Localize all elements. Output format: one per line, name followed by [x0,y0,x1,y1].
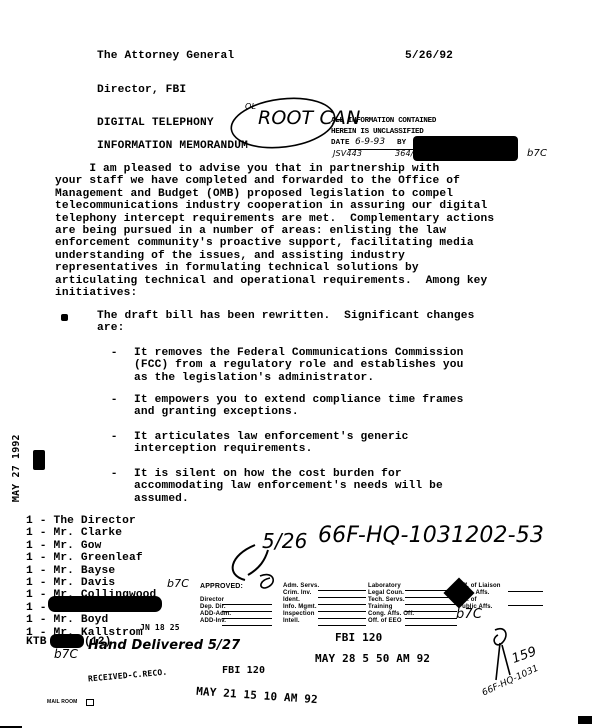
routing-label: Crim. Inv. [283,590,311,597]
side-date-stamp: MAY 27 1992 [11,433,23,503]
fbi-stamp-upper: FBI 120 [335,632,382,644]
fbi-stamp-lower: FBI 120 [222,665,265,677]
routing-label: Tech. Servs. [368,597,405,604]
sub-item-line: and granting exceptions. [134,406,463,418]
declass-date: 6-9-93 [355,137,385,147]
sub-item-line: It articulates law enforcement's generic [134,431,409,443]
bullet-icon [61,314,68,321]
dash-icon: - [97,431,118,443]
distribution-item: 1 - The Director [26,515,156,527]
routing-label: Laboratory [368,583,401,590]
routing-label: Ident. [283,597,300,604]
routing-label: Dep. Dir. [200,604,226,611]
subject-line-1: DIGITAL TELEPHONY [97,117,214,129]
intro-line: telephony intercept requirements are met… [55,213,494,225]
routing-label: Off. of [458,597,477,604]
declass-by-label: BY [397,139,406,148]
routing-label: Legal Coun. [368,590,404,597]
redaction-block [48,596,162,612]
b7c-routing-note: b7C [456,609,482,621]
b7c-note: b7C [167,578,189,590]
sub-item-line: as the legislation's administrator. [134,372,463,384]
sub-item-line: accommodating law enforcement's needs wi… [134,480,443,492]
exemption-b7c: b7C [527,148,547,159]
dash-icon: - [97,347,118,359]
declass-date-label: DATE [331,139,350,148]
sub-item-line: It is silent on how the cost burden for [134,468,443,480]
distribution-item: 1 - Mr. Clarke [26,527,156,539]
redaction-block [413,136,518,161]
intro-line: I am pleased to advise you that in partn… [55,163,494,175]
intro-line: telecommunications industry cooperation … [55,200,494,212]
dash-icon: - [97,468,118,480]
stamp-blot [33,450,45,470]
intro-line: Management and Budget (OMB) proposed leg… [55,188,494,200]
date-stamp-lower: MAY 21 15 10 AM 92 [196,686,318,707]
redaction-block [50,634,84,648]
routing-label: Off. of EEO [368,618,402,625]
b7c-bottom-note: b7C [54,648,78,660]
intro-line: understanding of the issues, and assisti… [55,250,494,262]
distribution-item: 1 - Mr. Greenleaf [26,552,156,564]
bullet-line: The draft bill has been rewritten. Signi… [97,310,475,322]
routing-label: ADD-Inv. [200,618,226,625]
sub-item-line: (FCC) from a regulatory role and establi… [134,359,463,371]
intro-line: your staff we have completed and forward… [55,175,494,187]
sub-item-line: It removes the Federal Communications Co… [134,347,463,359]
routing-label: Cong. Affs. Off. [368,611,414,618]
bullet-item: The draft bill has been rewritten. Signi… [97,310,475,335]
intro-line: enforcement community's proactive suppor… [55,237,494,249]
handwritten-small-note: OL [245,102,256,111]
routing-label: Director [200,597,224,604]
routing-label: Training [368,604,393,611]
sub-item-line: It empowers you to extend compliance tim… [134,394,463,406]
addressee: The Attorney General [97,50,234,62]
routing-label: ADD-Adm. [200,611,231,618]
hand-delivered-note: Hand Delivered 5/27 [88,640,240,652]
routing-label: Inspection [283,611,315,618]
received-stamp: RECEIVED-C.RECO. [88,667,168,686]
routing-label: Intell. [283,618,300,625]
distribution-item: 1 - Mr. Bayse [26,565,156,577]
distribution-item: 1 - Mr. Boyd [26,614,156,626]
sub-item-line: interception requirements. [134,443,409,455]
distribution-item: 1 - Mr. Davis [26,577,156,589]
sub-item-line: assumed. [134,493,443,505]
approved-label: APPROVED: [200,583,243,590]
memo-page: The Attorney General 5/26/92 Director, F… [0,0,592,728]
dash-icon: - [97,394,118,406]
sender: Director, FBI [97,84,186,96]
declass-code-left: JSV443 [333,149,362,158]
intro-paragraph: I am pleased to advise you that in partn… [55,163,494,299]
initials-ktb: KTB [26,636,47,648]
small-stamp: JN 18 25 [140,622,180,634]
mail-room-label: MAIL ROOM [47,699,77,706]
bullet-line: are: [97,322,475,334]
distribution-list: 1 - The Director 1 - Mr. Clarke 1 - Mr. … [26,515,156,639]
checkbox-icon [86,699,94,706]
intro-line: initiatives: [55,287,494,299]
routing-label: Info. Mgmt. [283,604,317,611]
intro-line: are being pursued in a number of areas: … [55,225,494,237]
date-stamp-upper: MAY 28 5 50 AM 92 [315,653,430,665]
declass-line-2: HEREIN IS UNCLASSIFIED [331,128,423,137]
routing-label: Off. of Liaison [458,583,501,590]
memo-date: 5/26/92 [405,50,453,62]
distribution-item: 1 - Mr. Gow [26,540,156,552]
intro-line: representatives in formulating technical… [55,262,494,274]
file-number: 66F-HQ-1031202-53 [318,524,544,548]
routing-label: Adm. Servs. [283,583,319,590]
subject-line-2: INFORMATION MEMORANDUM [97,140,248,152]
routing-label: & Int. Affs. [458,590,490,597]
corner-mark [578,716,592,724]
intro-line: articulating technical and operational r… [55,275,494,287]
declass-line-1: ALL INFORMATION CONTAINED [331,117,436,126]
